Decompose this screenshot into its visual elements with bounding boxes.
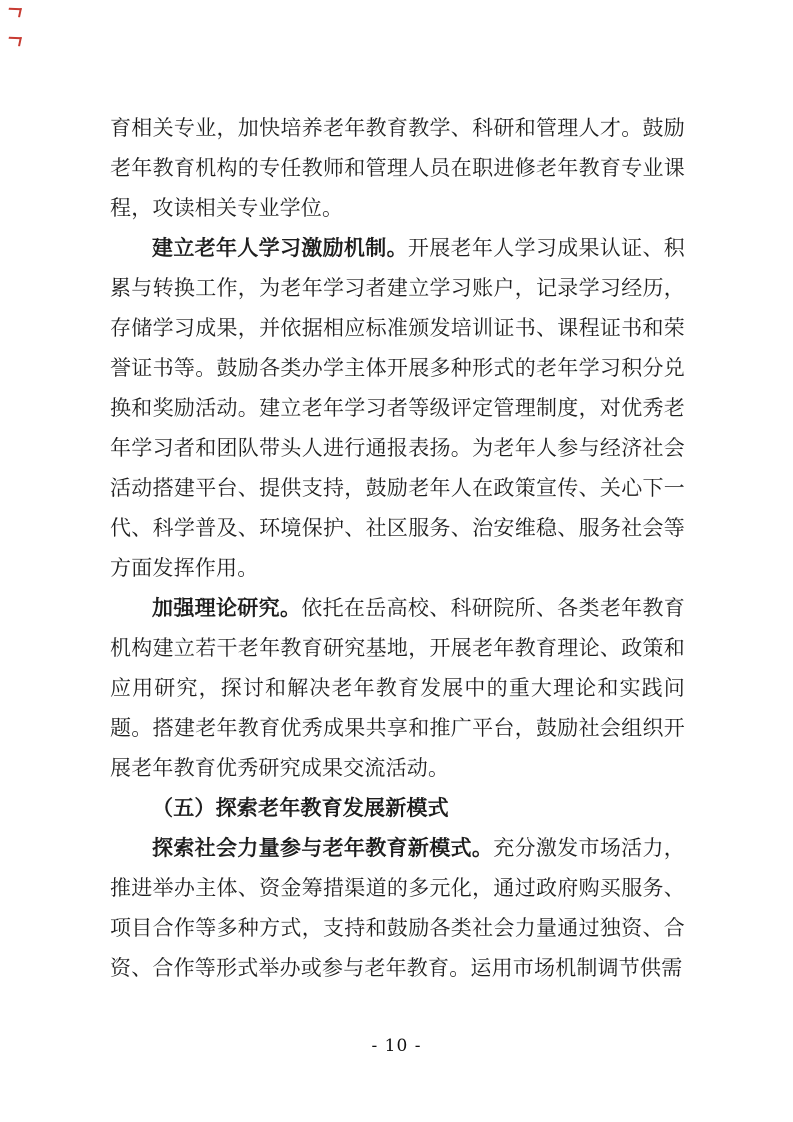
- corner-annotation-marks: [6, 5, 30, 53]
- paragraph-text: 开展老年人学习成果认证、积累与转换工作，为老年学习者建立学习账户，记录学习经历，…: [110, 236, 685, 580]
- red-annotation-mark-icon: [7, 8, 22, 17]
- paragraph-text: 育相关专业，加快培养老年教育教学、科研和管理人才。鼓励老年教育机构的专任教师和管…: [110, 116, 685, 220]
- paragraph-lead-bold: 探索社会力量参与老年教育新模式。: [152, 835, 493, 860]
- paragraph-theory-research: 加强理论研究。依托在岳高校、科研院所、各类老年教育机构建立若干老年教育研究基地，…: [110, 588, 685, 788]
- page-footer: - 10 -: [0, 1036, 793, 1056]
- red-annotation-mark-icon: [7, 37, 22, 46]
- paragraph-text: 依托在岳高校、科研院所、各类老年教育机构建立若干老年教育研究基地，开展老年教育理…: [110, 596, 685, 780]
- document-body: 育相关专业，加快培养老年教育教学、科研和管理人才。鼓励老年教育机构的专任教师和管…: [110, 108, 685, 988]
- paragraph-continuation: 育相关专业，加快培养老年教育教学、科研和管理人才。鼓励老年教育机构的专任教师和管…: [110, 108, 685, 228]
- paragraph-social-forces: 探索社会力量参与老年教育新模式。充分激发市场活力，推进举办主体、资金筹措渠道的多…: [110, 828, 685, 988]
- section-heading-five: （五）探索老年教育发展新模式: [110, 788, 685, 828]
- paragraph-lead-bold: 加强理论研究。: [152, 595, 301, 620]
- paragraph-learning-incentive: 建立老年人学习激励机制。开展老年人学习成果认证、积累与转换工作，为老年学习者建立…: [110, 228, 685, 588]
- paragraph-lead-bold: 建立老年人学习激励机制。: [152, 235, 408, 260]
- page-number: - 10 -: [372, 1036, 422, 1056]
- document-page: 育相关专业，加快培养老年教育教学、科研和管理人才。鼓励老年教育机构的专任教师和管…: [0, 0, 793, 1122]
